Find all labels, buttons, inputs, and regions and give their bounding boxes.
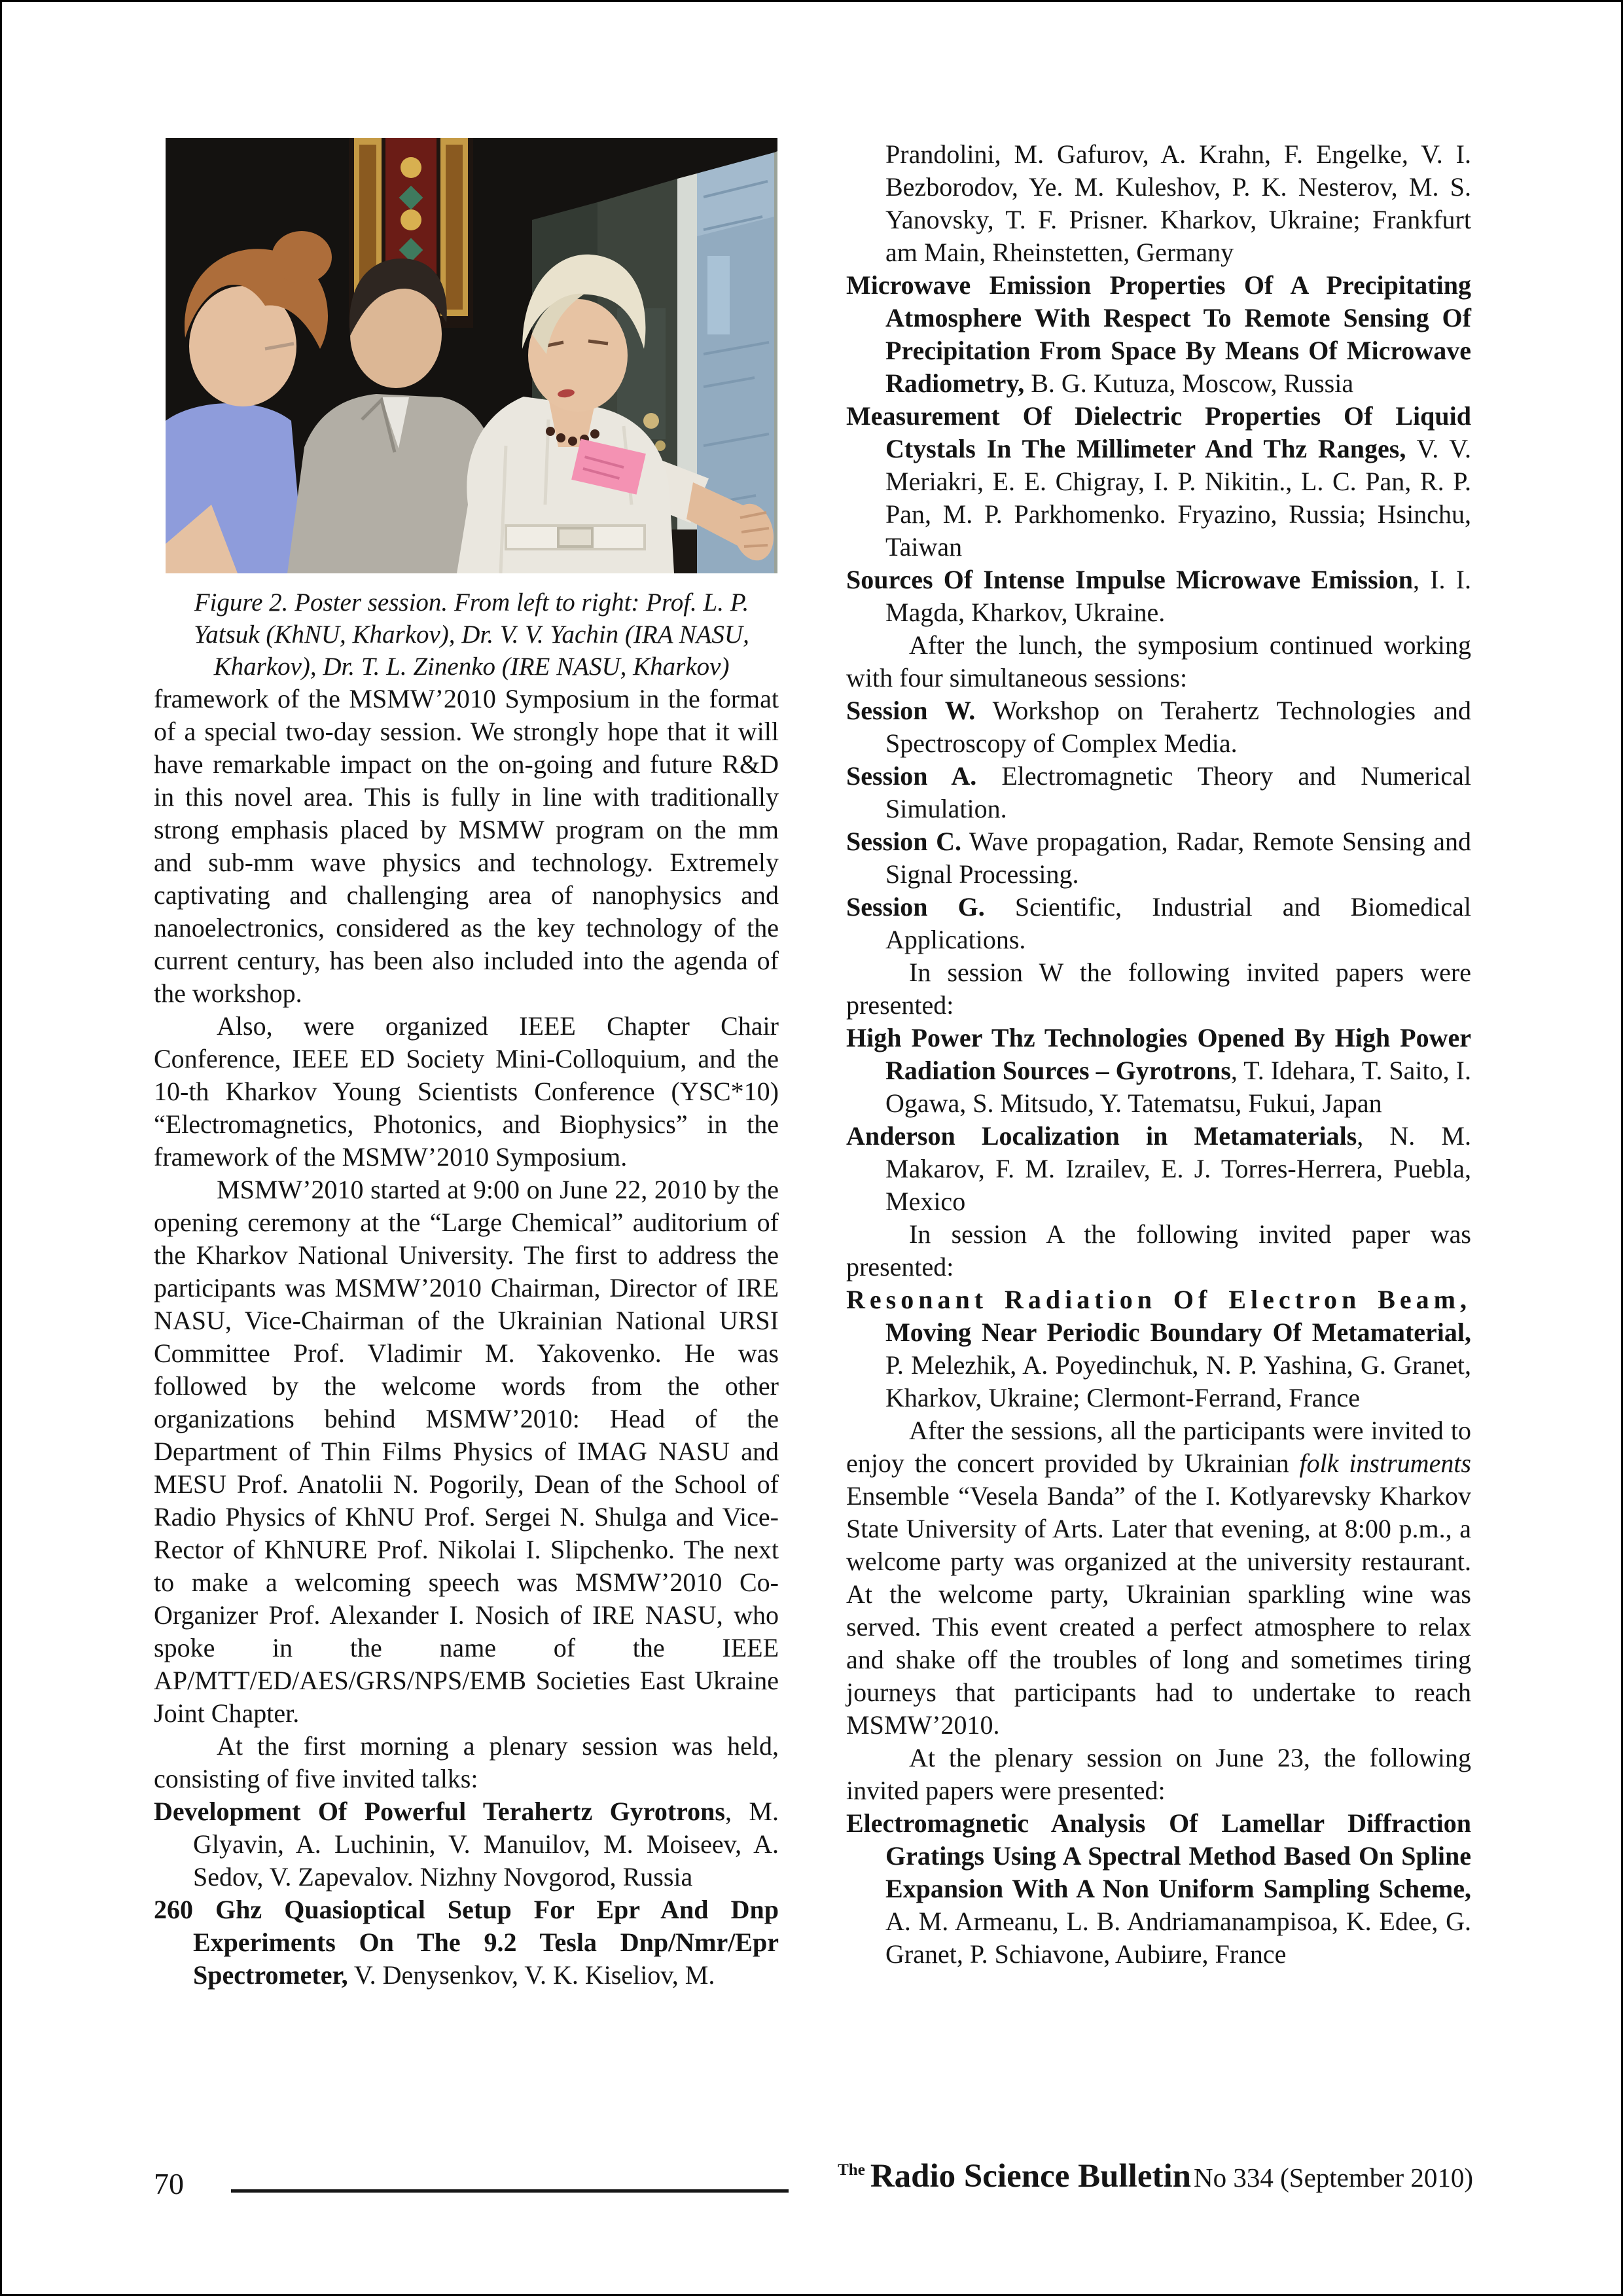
brand-the: The [838,2161,865,2179]
talk-title: Measurement Of Dielectric Properties Of … [846,401,1471,463]
para-session-w-intro: In session W the following invited paper… [846,956,1471,1022]
talk-title: Resonant Radiation Of Electron Beam, [846,1285,1471,1314]
bulletin-page: Figure 2. Poster session. From left to r… [0,0,1623,2296]
session-label: Session A. [846,761,976,791]
belt-buckle [558,528,592,547]
para-continuation: framework of the MSMW’2010 Symposium in … [154,683,779,1010]
session-item: Session C. Wave propagation, Radar, Remo… [846,825,1471,891]
talk-item: Development Of Powerful Terahertz Gyrotr… [154,1795,779,1893]
session-label: Session W. [846,696,975,725]
para-opening-ceremony: MSMW’2010 started at 9:00 on June 22, 20… [154,1174,779,1730]
footer-brand: TheRadio Science Bulletin No 334 (Septem… [838,2155,1473,2199]
talk-title: Electromagnetic Analysis Of Lamellar Dif… [846,1808,1471,1903]
talk-item: Electromagnetic Analysis Of Lamellar Dif… [846,1807,1471,1971]
para-concert: After the sessions, all the participants… [846,1414,1471,1742]
two-column-layout: Figure 2. Poster session. From left to r… [154,138,1471,1992]
talk-title-line2: Moving Near Periodic Boundary Of Metamat… [885,1318,1471,1347]
talk-title: Anderson Localization in Metamaterials [846,1121,1357,1151]
page-number: 70 [154,2169,184,2199]
page-footer: 70 TheRadio Science Bulletin No 334 (Sep… [154,2155,1473,2199]
brand-issue: No 334 (September 2010) [1194,2162,1473,2193]
talk-item: 260 Ghz Quasioptical Setup For Epr And D… [154,1893,779,1992]
talk-authors: V. Denysenkov, V. K. Kiseliov, M. [348,1960,715,1990]
talk-item: Resonant Radiation Of Electron Beam, Mov… [846,1283,1471,1414]
session-item: Session A. Electromagnetic Theory and Nu… [846,760,1471,825]
para-session-a-intro: In session A the following invited paper… [846,1218,1471,1283]
talk-item: Measurement Of Dielectric Properties Of … [846,400,1471,564]
figure-2: Figure 2. Poster session. From left to r… [166,138,777,683]
session-label: Session C. [846,827,961,856]
talk-continuation: Prandolini, M. Gafurov, A. Krahn, F. Eng… [846,138,1471,269]
poster-session-photo [166,138,777,573]
talk-authors: B. G. Kutuza, Moscow, Russia [1024,368,1353,398]
talk-item: High Power Thz Technologies Opened By Hi… [846,1022,1471,1120]
talk-authors: A. M. Armeanu, L. B. Andriamanampisoa, K… [885,1907,1471,1969]
brand-name: Radio Science Bulletin [870,2158,1191,2195]
talk-item: Microwave Emission Properties Of A Preci… [846,269,1471,400]
talk-item: Sources Of Intense Impulse Microwave Emi… [846,564,1471,629]
figure-caption: Figure 2. Poster session. From left to r… [175,586,768,683]
para-plenary-june23: At the plenary session on June 23, the f… [846,1742,1471,1807]
talk-title: Sources Of Intense Impulse Microwave Emi… [846,565,1413,594]
talk-authors: P. Melezhik, A. Poyedinchuk, N. P. Yashi… [885,1350,1471,1412]
right-column: Prandolini, M. Gafurov, A. Krahn, F. Eng… [846,138,1471,1971]
folk-instruments-italic: folk instruments [1300,1448,1471,1478]
session-item: Session W. Workshop on Terahertz Technol… [846,694,1471,760]
concert-post: Ensemble “Vesela Banda” of the I. Kotlya… [846,1481,1471,1740]
para-also-organized: Also, were organized IEEE Chapter Chair … [154,1010,779,1174]
left-column: Figure 2. Poster session. From left to r… [154,138,779,1992]
session-item: Session G. Scientific, Industrial and Bi… [846,891,1471,956]
talk-title: Development Of Powerful Terahertz Gyrotr… [154,1797,725,1826]
talk-item: Anderson Localization in Metamaterials, … [846,1120,1471,1218]
footer-rule [231,2189,789,2193]
session-topic: Wave propagation, Radar, Remote Sensing … [885,827,1471,889]
session-label: Session G. [846,892,985,922]
para-plenary-intro: At the first morning a plenary session w… [154,1730,779,1795]
para-after-lunch: After the lunch, the symposium continued… [846,629,1471,694]
